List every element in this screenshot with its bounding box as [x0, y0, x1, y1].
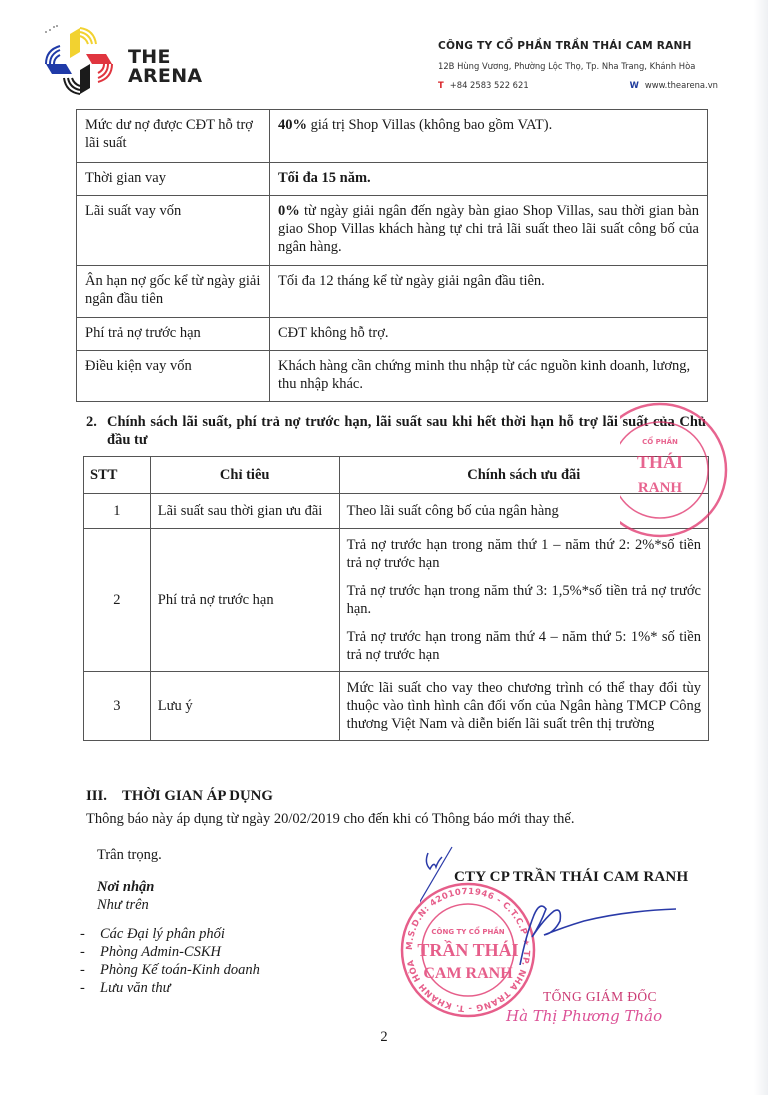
svg-text:RANH: RANH: [638, 480, 682, 496]
list-item: -Lưu văn thư: [80, 979, 260, 997]
section-roman-number: III.: [86, 788, 122, 805]
table-row: 2 Phí trả nợ trước hạn Trả nợ trước hạn …: [84, 529, 709, 672]
loan-label: Điều kiện vay vốn: [77, 351, 270, 402]
recipient-name: Lưu văn thư: [100, 980, 171, 996]
row-policy: Mức lãi suất cho vay theo chương trình c…: [339, 672, 708, 741]
company-name: CÔNG TY CỔ PHẦN TRẦN THÁI CAM RANH: [438, 40, 718, 52]
loan-label: Ân hạn nợ gốc kể từ ngày giải ngân đầu t…: [77, 266, 270, 318]
company-contact: T+84 2583 522 621 Wwww.thearena.vn: [438, 80, 718, 90]
page-edge-shadow: [754, 0, 768, 1095]
table-header-row: STT Chỉ tiêu Chính sách ưu đãi: [84, 457, 709, 494]
logo-text-arena: ARENA: [128, 67, 202, 86]
section-2-heading: 2. Chính sách lãi suất, phí trả nợ trước…: [86, 413, 706, 449]
loan-value-text: CĐT không hỗ trợ.: [278, 325, 389, 341]
loan-value: CĐT không hỗ trợ.: [270, 318, 708, 351]
policy-line: Trả nợ trước hạn trong năm thứ 1 – năm t…: [347, 536, 701, 572]
row-item: Lưu ý: [150, 672, 339, 741]
column-header-stt: STT: [84, 457, 151, 494]
row-stt: 3: [84, 672, 151, 741]
list-item: -Phòng Kế toán-Kinh doanh: [80, 961, 260, 979]
website-label: W: [630, 80, 639, 90]
loan-label: Thời gian vay: [77, 163, 270, 196]
loan-terms-table: Mức dư nợ được CĐT hỗ trợ lãi suất 40% g…: [76, 109, 708, 402]
table-row: Ân hạn nợ gốc kể từ ngày giải ngân đầu t…: [77, 266, 708, 318]
policy-table: STT Chỉ tiêu Chính sách ưu đãi 1 Lãi suấ…: [83, 456, 709, 741]
table-row: Mức dư nợ được CĐT hỗ trợ lãi suất 40% g…: [77, 110, 708, 163]
svg-text:THÁI: THÁI: [637, 451, 683, 472]
loan-label: Mức dư nợ được CĐT hỗ trợ lãi suất: [77, 110, 270, 163]
policy-line: Trả nợ trước hạn trong năm thứ 4 – năm t…: [347, 628, 701, 664]
signatory-title: TỔNG GIÁM ĐỐC: [543, 989, 657, 1005]
the-arena-logo-icon: [40, 22, 120, 102]
section-3-heading: III.THỜI GIAN ÁP DỤNG: [86, 788, 273, 805]
loan-value: 40% giá trị Shop Villas (không bao gồm V…: [270, 110, 708, 163]
phone-line: T+84 2583 522 621: [438, 80, 529, 90]
row-policy: Trả nợ trước hạn trong năm thứ 1 – năm t…: [339, 529, 708, 672]
loan-label: Lãi suất vay vốn: [77, 196, 270, 266]
loan-value-bold: 40%: [278, 117, 307, 133]
recipients-sub: Như trên: [97, 896, 154, 914]
loan-value-text: Tối đa 12 tháng kể từ ngày giải ngân đầu…: [278, 273, 545, 289]
svg-text:CỔ PHẦN: CỔ PHẦN: [642, 436, 678, 446]
website-line: Wwww.thearena.vn: [630, 80, 718, 90]
list-item: -Các Đại lý phân phối: [80, 925, 260, 943]
table-row: 3 Lưu ý Mức lãi suất cho vay theo chương…: [84, 672, 709, 741]
section-title: Chính sách lãi suất, phí trả nợ trước hạ…: [107, 413, 706, 449]
recipient-name: Phòng Kế toán-Kinh doanh: [100, 962, 260, 978]
column-header-item: Chỉ tiêu: [150, 457, 339, 494]
recipient-name: Phòng Admin-CSKH: [100, 944, 221, 960]
loan-value: Tối đa 12 tháng kể từ ngày giải ngân đầu…: [270, 266, 708, 318]
section-title: THỜI GIAN ÁP DỤNG: [122, 788, 273, 804]
recipients-title: Nơi nhận: [97, 878, 154, 896]
table-row: Lãi suất vay vốn 0% từ ngày giải ngân đế…: [77, 196, 708, 266]
website-url: www.thearena.vn: [645, 80, 718, 90]
row-stt: 1: [84, 494, 151, 529]
loan-value: Tối đa 15 năm.: [270, 163, 708, 196]
loan-value-bold: 0%: [278, 203, 300, 219]
loan-value-text: giá trị Shop Villas (không bao gồm VAT).: [307, 117, 552, 133]
effective-date-text: Thông báo này áp dụng từ ngày 20/02/2019…: [86, 811, 574, 828]
phone-label: T: [438, 80, 444, 90]
loan-value-text: Khách hàng cần chứng minh thu nhập từ cá…: [278, 358, 690, 392]
phone-number: +84 2583 522 621: [450, 80, 529, 90]
loan-value: 0% từ ngày giải ngân đến ngày bàn giao S…: [270, 196, 708, 266]
logo-wordmark: THE ARENA: [128, 48, 202, 86]
table-row: Điều kiện vay vốn Khách hàng cần chứng m…: [77, 351, 708, 402]
table-row: Phí trả nợ trước hạn CĐT không hỗ trợ.: [77, 318, 708, 351]
recipients-list: -Các Đại lý phân phối -Phòng Admin-CSKH …: [80, 925, 260, 997]
loan-value: Khách hàng cần chứng minh thu nhập từ cá…: [270, 351, 708, 402]
row-item: Phí trả nợ trước hạn: [150, 529, 339, 672]
signatory-name: Hà Thị Phương Thảo: [506, 1007, 662, 1025]
table-row: 1 Lãi suất sau thời gian ưu đãi Theo lãi…: [84, 494, 709, 529]
company-address: 12B Hùng Vương, Phường Lộc Thọ, Tp. Nha …: [438, 61, 718, 71]
company-letterhead: CÔNG TY CỔ PHẦN TRẦN THÁI CAM RANH 12B H…: [438, 40, 718, 90]
handwritten-signature-icon: [420, 845, 740, 965]
section-number: 2.: [86, 413, 97, 431]
policy-line: Trả nợ trước hạn trong năm thứ 3: 1,5%*s…: [347, 582, 701, 618]
loan-label: Phí trả nợ trước hạn: [77, 318, 270, 351]
list-item: -Phòng Admin-CSKH: [80, 943, 260, 961]
loan-value-text: từ ngày giải ngân đến ngày bàn giao Shop…: [278, 203, 699, 255]
row-stt: 2: [84, 529, 151, 672]
regards-text: Trân trọng.: [97, 847, 162, 864]
table-row: Thời gian vay Tối đa 15 năm.: [77, 163, 708, 196]
row-item: Lãi suất sau thời gian ưu đãi: [150, 494, 339, 529]
loan-value-bold: Tối đa 15 năm.: [278, 170, 371, 186]
recipient-name: Các Đại lý phân phối: [100, 926, 225, 942]
page-number: 2: [0, 1029, 768, 1046]
svg-text:CAM RANH: CAM RANH: [423, 965, 513, 982]
recipients-block: Nơi nhận Như trên: [97, 878, 154, 914]
